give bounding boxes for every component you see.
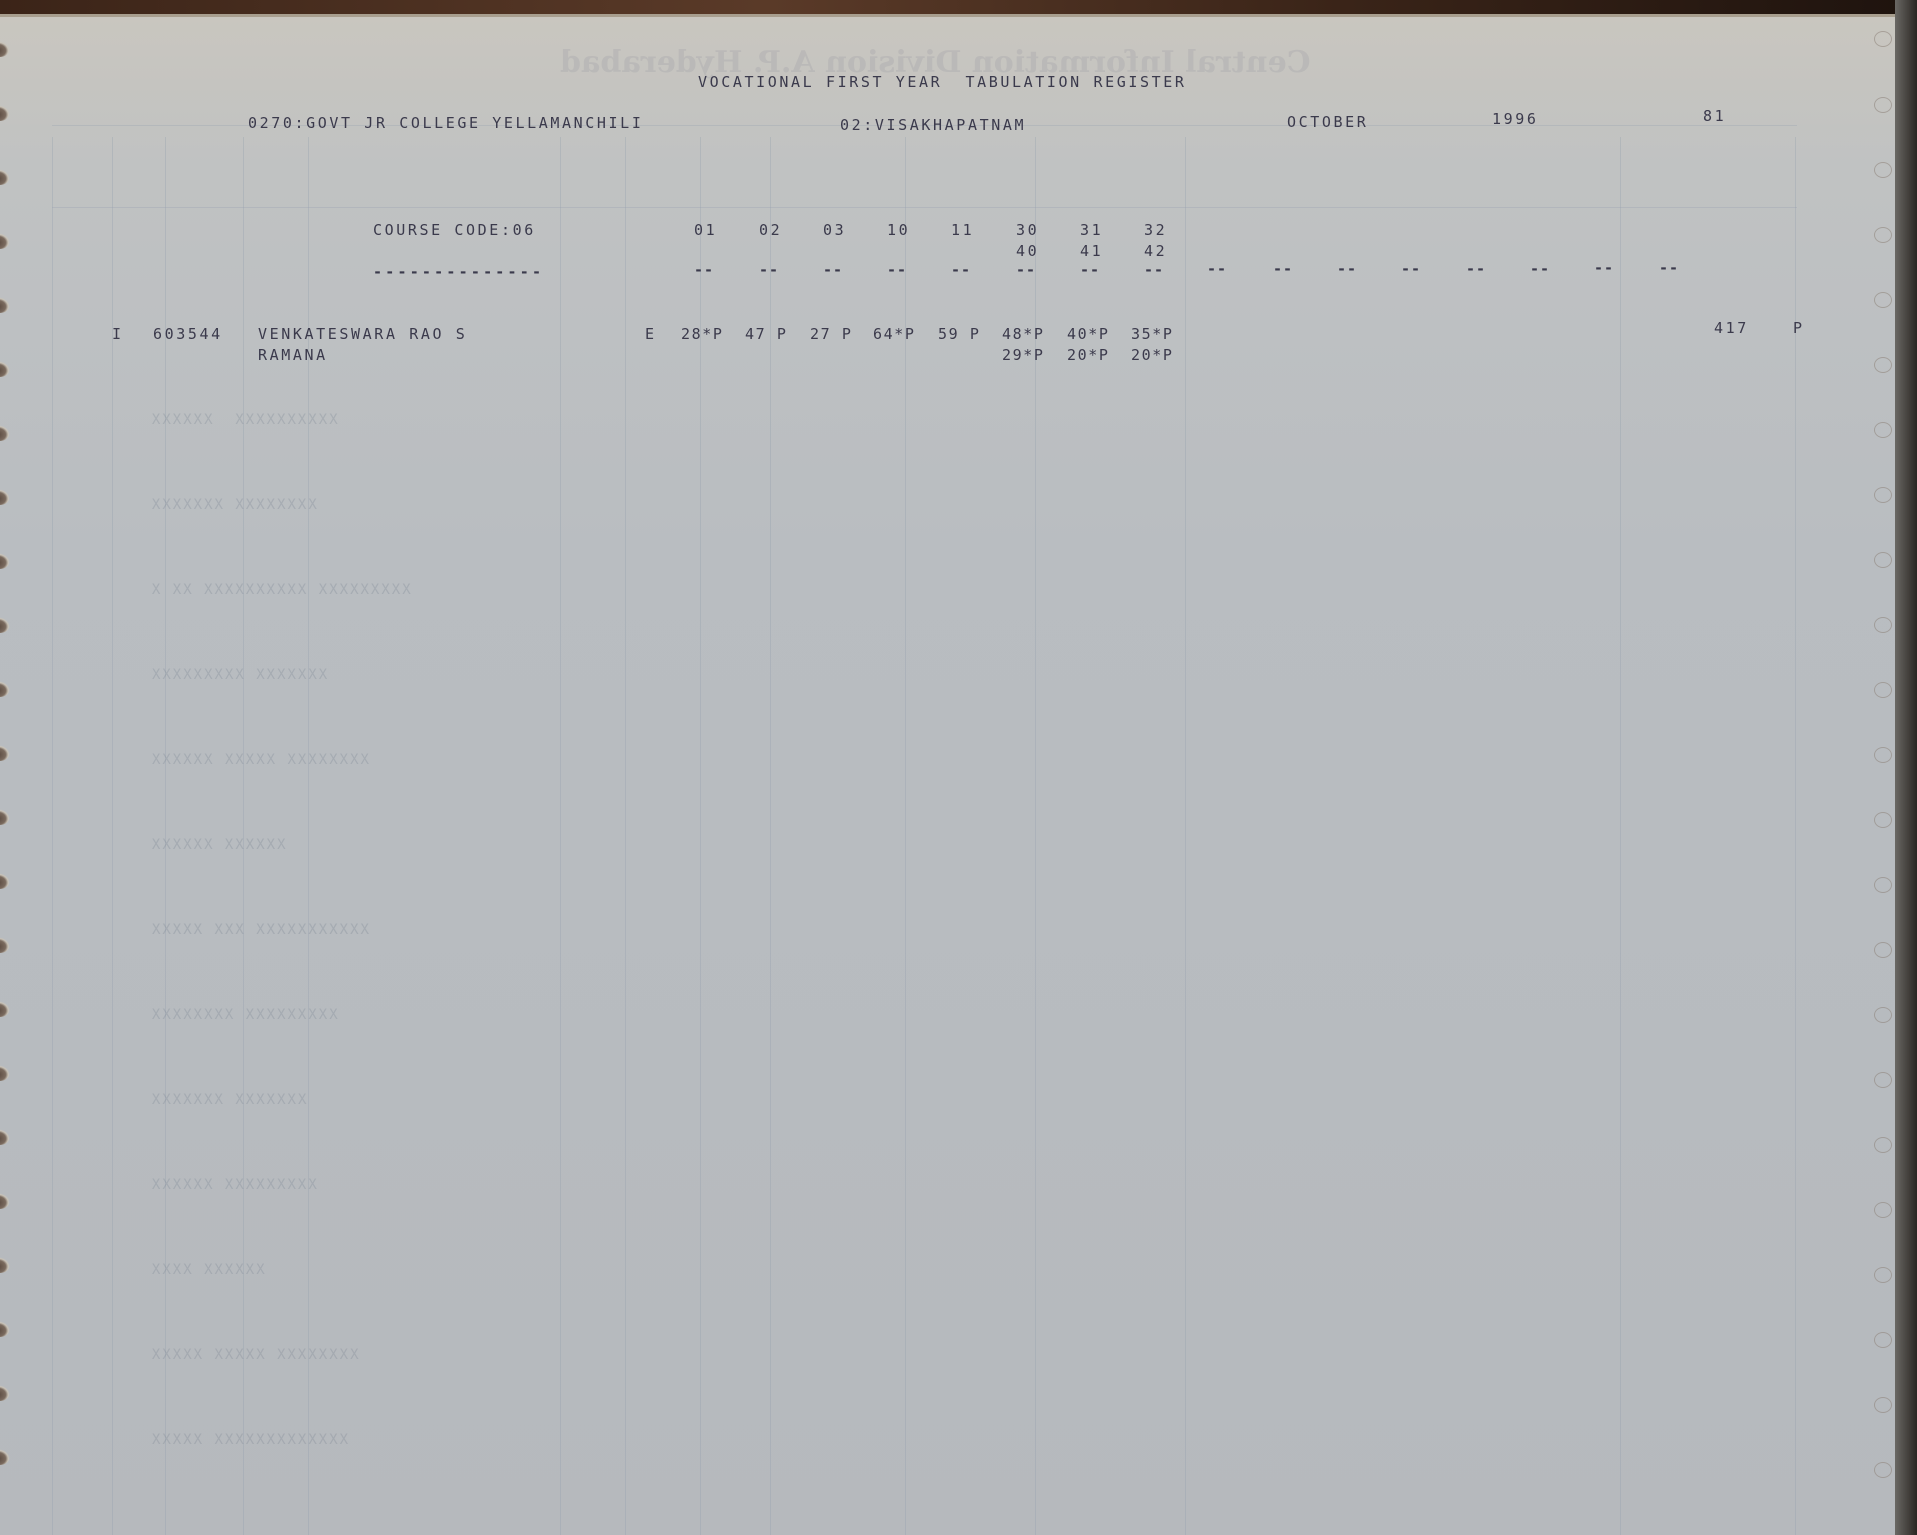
subject-code: 01 [694,221,717,239]
subject-mark: 29*P [1002,346,1045,364]
course-code-underline: -------------- [373,263,544,281]
subject-code: 02 [759,221,782,239]
feed-hole-icon [1874,1397,1892,1413]
feed-hole-icon [0,617,10,633]
ghost-rule [112,137,113,1535]
course-code-label: COURSE CODE:06 [373,221,536,239]
feed-hole-icon [1874,162,1892,178]
register-title: VOCATIONAL FIRST YEAR TABULATION REGISTE… [698,73,1187,91]
feed-hole-icon [0,1321,10,1337]
feed-hole-icon [1874,292,1892,308]
subject-code: 31 [1080,221,1103,239]
subject-code: 32 [1144,221,1167,239]
feed-hole-icon [0,297,10,313]
ghost-rule [52,207,1797,208]
feed-hole-icon [1874,877,1892,893]
feed-hole-icon [1874,31,1892,47]
feed-hole-icon [0,553,10,569]
page-right-edge [1895,0,1917,1535]
student-name: VENKATESWARA RAO S [258,325,467,343]
column-dash: -- [887,261,907,279]
feed-hole-icon [0,1193,10,1209]
subject-code: 41 [1080,242,1103,260]
ghost-rule [165,137,166,1535]
feed-hole-icon [1874,1332,1892,1348]
ghost-text: XXXXXXXX XXXXXXX [150,497,317,513]
feed-hole-icon [1874,1267,1892,1283]
ghost-text: XXXXXXXXXXXXX XXXXX [150,1432,348,1448]
page-top-edge [0,0,1917,14]
ghost-text: XXXXXXXXX XXXXXXXXXX XX X [150,582,411,598]
feed-hole-icon [1874,942,1892,958]
page-number: 81 [1703,107,1726,125]
tabulation-sheet: Central Information Division A.P. Hydera… [0,14,1897,1535]
column-dash: -- [1144,261,1164,279]
subject-code: 42 [1144,242,1167,260]
subject-code: 10 [887,221,910,239]
feed-hole-icon [0,1257,10,1273]
hall-ticket-number: 603544 [153,325,223,343]
ghost-rule [700,137,701,1535]
subject-mark: 35*P [1131,325,1174,343]
exam-year: 1996 [1492,110,1539,128]
subject-code: 40 [1016,242,1039,260]
column-dash: -- [1016,261,1036,279]
feed-hole-icon [0,1449,10,1465]
college-name: 0270:GOVT JR COLLEGE YELLAMANCHILI [248,114,643,132]
feed-hole-icon [0,489,10,505]
result-status: P [1793,319,1805,337]
district-name: 02:VISAKHAPATNAM [840,116,1026,134]
ghost-text: XXXXXXX XXXXXXXXX [150,667,327,683]
feed-hole-icon [0,809,10,825]
subject-mark: 20*P [1131,346,1174,364]
feed-hole-icon [0,169,10,185]
feed-hole-icon [0,745,10,761]
feed-hole-icon [0,361,10,377]
column-dash: -- [694,261,714,279]
subject-mark: 40*P [1067,325,1110,343]
feed-hole-icon [0,873,10,889]
exam-month: OCTOBER [1287,113,1368,131]
ghost-text: XXXXXXXX XXXXX XXXXXX [150,752,369,768]
ghost-rule [1795,137,1796,1535]
subject-mark: 59 P [938,325,981,343]
subject-mark: 48*P [1002,325,1045,343]
subject-code: 03 [823,221,846,239]
ghost-rule [625,137,626,1535]
feed-hole-icon [1874,227,1892,243]
ghost-text: XXXXXXXX XXXXX XXXXX [150,1347,359,1363]
ghost-rule [905,137,906,1535]
feed-hole-icon [1874,487,1892,503]
ghost-text: XXXXXX XXXX [150,1262,265,1278]
feed-hole-icon [1874,357,1892,373]
column-dash: -- [759,261,779,279]
feed-hole-icon [0,1001,10,1017]
column-dash: -- [1080,261,1100,279]
student-medium: E [645,325,657,343]
ghost-rule [52,137,53,1535]
feed-hole-icon [1874,617,1892,633]
subject-mark: 20*P [1067,346,1110,364]
ghost-rule [1185,137,1186,1535]
column-dash: -- [1659,259,1679,277]
feed-hole-icon [1874,1072,1892,1088]
feed-hole-icon [1874,97,1892,113]
feed-hole-icon [1874,747,1892,763]
ghost-rule [770,137,771,1535]
feed-hole-icon [0,1129,10,1145]
column-dash: -- [1530,260,1550,278]
student-name-line-2: RAMANA [258,346,328,364]
feed-hole-icon [0,425,10,441]
feed-hole-icon [0,1065,10,1081]
feed-hole-icon [0,1385,10,1401]
column-dash: -- [1594,259,1614,277]
feed-hole-icon [1874,1137,1892,1153]
ghost-text: XXXXXXXXXX XXXXXX [150,412,338,428]
subject-mark: 27 P [810,325,853,343]
feed-hole-icon [0,105,10,121]
subject-mark: 64*P [873,325,916,343]
feed-hole-icon [0,937,10,953]
column-dash: -- [1207,260,1227,278]
column-dash: -- [1401,260,1421,278]
feed-hole-icon [1874,422,1892,438]
feed-hole-icon [1874,682,1892,698]
subject-code: 11 [951,221,974,239]
ghost-rule [560,137,561,1535]
feed-hole-icon [0,681,10,697]
subject-code: 30 [1016,221,1039,239]
ghost-rule [243,137,244,1535]
ghost-text: XXXXXX XXXXXX [150,837,286,853]
feed-hole-icon [0,41,10,57]
feed-hole-icon [1874,1462,1892,1478]
column-dash: -- [1466,260,1486,278]
subject-mark: 47 P [745,325,788,343]
feed-hole-icon [1874,1007,1892,1023]
column-dash: -- [951,261,971,279]
ghost-text: XXXXXXX XXXXXXX [150,1092,306,1108]
feed-hole-icon [0,233,10,249]
feed-hole-icon [1874,1202,1892,1218]
ghost-text: XXXXXXXXX XXXXXX [150,1177,317,1193]
feed-hole-icon [1874,812,1892,828]
column-dash: -- [1337,260,1357,278]
feed-hole-icon [1874,552,1892,568]
subject-mark: 28*P [681,325,724,343]
column-dash: -- [823,261,843,279]
column-dash: -- [1273,260,1293,278]
student-category: I [112,325,124,343]
ghost-text: XXXXXXXXXXX XXX XXXXX [150,922,369,938]
ghost-rule [1620,137,1621,1535]
ghost-text: XXXXXXXXX XXXXXXXX [150,1007,338,1023]
total-marks: 417 [1714,319,1749,337]
